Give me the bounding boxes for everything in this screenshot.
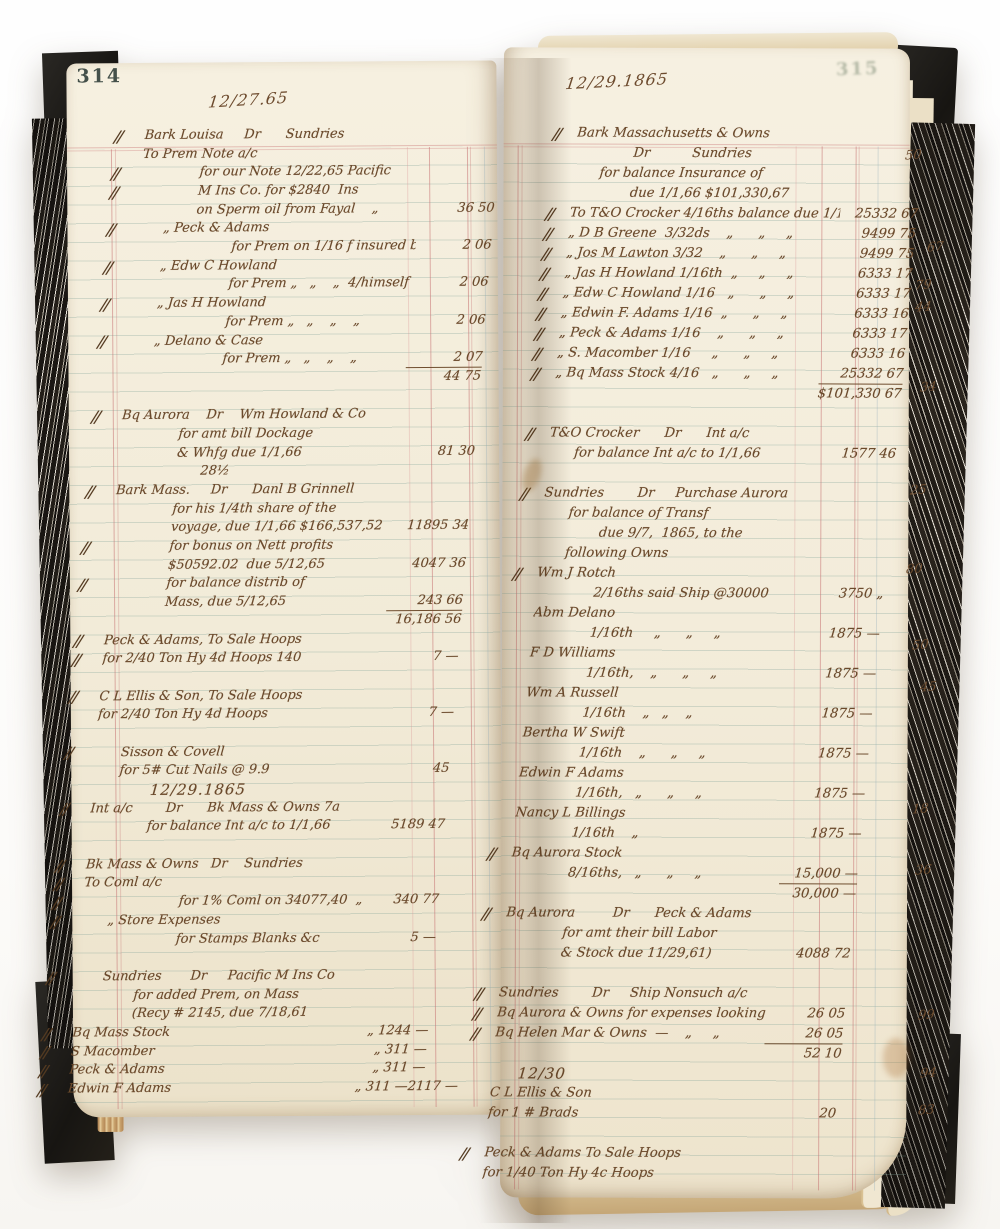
entry-text: for balance Int a/c to 1/1,66 [88,817,369,838]
entry-text: T&O Crocker Dr Int a/c [549,423,821,444]
posting-marks-icon: // [50,894,86,912]
entry-text: Edwin F Adams [67,1079,332,1100]
fore-edge-number: 79 [914,277,932,293]
entry-text: Sisson & Covell [94,742,375,763]
entry-text: „ Store Expenses [81,910,362,931]
posting-marks-icon: // [66,689,102,707]
entry-text: 1/16th, „ „ „ [516,783,788,804]
ledger-line: //To T&O Crocker 4/16ths balance due 1/1… [545,203,945,224]
posting-marks-icon: // [78,539,114,557]
entry-text: Bq Aurora Dr Peck & Adams [505,903,777,924]
entry-text: following Owns [538,543,810,564]
entry-text: 28½ [117,462,398,483]
amount: „ 1244 — [352,1022,430,1041]
ledger-line: 1/16th, „ „ „1875 — [503,663,903,684]
ledger-line: due 1/1,66 $101,330,67 [547,183,947,204]
amount: 6333 17 [828,324,908,344]
amount: 16,186 56 [385,610,463,630]
ledger-line: & Whfg due 1/1,6681 30 [88,442,509,464]
ledger-line: for Stamps Blanks &c5 — [49,928,470,950]
ledger-line: Abm Delano [509,603,909,624]
entry-text: Sundries Dr Ship Nonsuch a/c [498,983,770,1004]
entry-text: for balance Int a/c to 1/1,66 [547,443,819,464]
date-header: 12/27.65 [207,88,289,112]
fore-edge-number: 50 [904,147,922,163]
entry-text: Bk Mass & Owns Dr Sundries [85,854,366,875]
entry-text: 2/16ths said Ship @30000 [534,583,806,604]
entry-text: due 1/1,66 $101,330,67 [571,184,843,205]
entry-text: Bark Mass. Dr Danl B Grinnell [115,480,396,501]
entry-text: 1/16th „ „ „ [531,623,803,644]
ledger-line: 16,186 56 [75,610,496,632]
amount: 6333 17 [832,284,912,304]
ledger-line: Edwin F Adams [494,763,894,784]
posting-marks-icon: // [112,128,148,146]
posting-marks-icon: // [53,857,89,875]
posting-marks-icon: // [44,969,80,987]
ledger-line: //Bq Aurora Dr Peck & Adams [481,903,881,924]
entry-text: Bark Louisa Dr Sundries [144,125,425,146]
fore-edge-number: 34 [919,379,937,395]
ledger-line: //Edwin F Adams„ 311 —2117 — [37,1078,458,1100]
ledger-line: //Bq Helen Mar & Owns — „ „26 05 [470,1023,870,1044]
entry-text: for 1/40 Ton Hy 4c Hoops [482,1163,754,1184]
entry-text: Mass, due 5/12,65 [106,592,387,613]
amount: 1875 — [794,704,874,724]
entry-text: 1/16th, „ „ „ [527,663,799,684]
ledger-line: //Peck & Adams To Sale Hoops [459,1143,859,1164]
amount: „ 311 — [349,1059,427,1078]
fore-edge-number: 80 [905,561,923,577]
amount: 340 77 [362,891,440,910]
amount: 15,000 — [779,864,859,884]
amount: 6333 17 [834,264,914,284]
ledger-line: //Sundries Dr Purchase Aurora [520,483,920,504]
posting-marks-icon: // [51,876,87,894]
posting-marks-icon: // [71,632,107,650]
entry-text: for balance distrib of [108,574,389,595]
entry-text: Bertha W Swift [522,723,794,744]
entry-text: & Whfg due 1/1,66 [118,443,399,464]
ledger-line: Dr Sundries [550,143,950,164]
entry-text: Abm Delano [533,603,805,624]
entry-text: Sundries Dr Purchase Aurora [544,483,816,504]
ledger-photo: 314 12/27.65 //Bark Louisa Dr SundriesTo… [0,0,1000,1229]
entry-text: 1/16th „ „ „ [524,703,796,724]
ledger-line [527,403,927,424]
ledger-book: 314 12/27.65 //Bark Louisa Dr SundriesTo… [38,28,968,1213]
entry-text: Bq Helen Mar & Owns — „ „ [494,1023,766,1044]
ledger-line: for Prem on 1/16 f insured by them &c2 0… [105,236,526,258]
ledger-line: $50592.02 due 5/12,654047 36 [79,554,500,576]
fore-edge-number: 36 [914,862,932,878]
entry-text: „ D B Greene 3/32ds „ „ „ [567,224,839,245]
amount: 2 06 [415,237,493,256]
entry-text: 12/30 [491,1063,763,1084]
amount: 4047 36 [389,555,467,574]
entry-text: Bark Massachusetts & Owns [576,124,848,145]
amount: 9499 75 [837,224,917,244]
entry-text: C L Ellis & Son, To Sale Hoops [99,686,380,707]
ledger-line [476,963,876,984]
ledger-line: //for 1% Coml on 34077,40 „340 77 [52,891,473,913]
ledger-line: Nancy L Billings [490,803,890,824]
amount: 36 50 [418,199,496,218]
entry-text: due 9/7, 1865, to the [540,523,812,544]
posting-marks-icon: // [35,1081,71,1099]
entry-text: „ Delano & Case [127,331,408,352]
amount: 11895 34 [392,517,470,536]
entry-text: voyage, due 1/1,66 $166,537,52 [112,518,393,539]
ledger-line: F D Williams [505,643,905,664]
ledger-line: //T&O Crocker Dr Int a/c [525,423,925,444]
posting-marks-icon: // [107,184,143,202]
posting-marks-icon: // [98,296,134,314]
ledger-line: Wm A Russell [501,683,901,704]
ledger-line [521,463,921,484]
amount: 20 [757,1104,837,1124]
ledger-line: for balance Int a/c to 1/1,661577 46 [523,443,923,464]
ledger-line: //„ Edwin F. Adams 1/16 „ „ „6333 16 [536,303,936,324]
ledger-line: & Stock due 11/29,61)4088 72 [478,943,878,964]
entry-text: Bq Mass Stock [72,1023,353,1044]
ledger-line: 2/16ths said Ship @300003750 „ [510,583,910,604]
entry-text: „ Peck & Adams 1/16 „ „ „ [558,323,830,344]
posting-marks-icon: // [89,408,125,426]
posting-marks-icon: // [104,221,140,239]
entry-text: 1/16th „ [513,823,785,844]
entry-text: To Prem Note a/c [142,144,423,165]
ledger-line: 44 75 [94,367,515,389]
fore-edge-number: 25 [909,482,927,498]
ledger-line: //„ D B Greene 3/32ds „ „ „9499 75 [543,223,943,244]
date-header: 12/29.1865 [564,69,669,93]
amount: 7 — [377,704,455,723]
entry-text: „ Bq Mass Stock 4/16 „ „ „ [554,363,826,384]
amount: 6333 16 [830,304,910,324]
amount-secondary: 2117 — [407,1078,459,1097]
ledger-line: voyage, due 1/1,66 $166,537,5211895 34 [82,517,503,539]
entry-text: for Prem „ „ „ „ [129,312,410,333]
ledger-line: //Bq Aurora Stock [487,843,887,864]
entry-text: Bq Aurora & Owns for expenses looking fo… [496,1003,768,1024]
entry-text: for Prem on 1/16 f insured by them &c [135,237,416,258]
fore-edge-number: 94 [919,1065,937,1081]
amount: 243 66 [386,592,464,611]
entry-text: „ Jas H Howland 1/16th „ „ „ [564,264,836,285]
ledger-line: //Wm J Rotch [512,563,912,584]
entry-text: S Macomber [70,1041,351,1062]
entry-text: (Recy # 2145, due 7/18,61 [73,1004,354,1025]
ledger-line: for balance of Transf [518,503,918,524]
entry-text: & Stock due 11/29,61) [502,943,774,964]
ledger-line: Bertha W Swift [498,723,898,744]
entry-text: 12/29.1865 [91,779,372,800]
entry-text: To Coml a/c [84,873,365,894]
entry-text: for added Prem, on Mass [75,985,356,1006]
entry-text: for 1 # Brads [487,1103,759,1124]
ledger-line: 30,000 — [483,883,883,904]
ledger-line: for 1/40 Ton Hy 4c Hoops [458,1163,858,1184]
amount: 5 — [359,928,437,947]
amount: 2 07 [406,349,484,368]
amount: 30,000 — [777,883,857,904]
ledger-line: $101,330 67 [529,383,929,404]
entry-text: for 2/40 Ton Hy 4d Hoops 140 [102,649,383,670]
amount: 1577 46 [817,444,897,464]
left-page: 314 12/27.65 //Bark Louisa Dr SundriesTo… [66,61,503,1118]
entry-text: for his 1/4th share of the [114,499,395,520]
ledger-line: //„ S. Macomber 1/16 „ „ „6333 16 [532,343,932,364]
amount: 2 06 [409,311,487,330]
right-page: 315 12/29.1865 //Bark Massachusetts & Ow… [500,47,910,1198]
posting-marks-icon: // [95,333,131,351]
entry-text: F D Williams [529,643,801,664]
amount: 5189 47 [368,816,446,835]
amount: 81 30 [398,442,476,461]
ledger-line: for Prem „ „ „ „2 06 [99,311,520,333]
entry-text: Sundries Dr Pacific M Ins Co [76,966,357,987]
amount: 6333 16 [826,344,906,364]
amount: 2 06 [412,274,490,293]
ledger-line: //„ Peck & Adams 1/16 „ „ „6333 17 [534,323,934,344]
ledger-line: for 2/40 Ton Hy 4d Hoops7 — [67,704,488,726]
ledger-line: 1/16th „ „ „1875 — [496,743,896,764]
fore-edge-number: 99 [917,1007,935,1023]
posting-marks-icon: // [57,801,93,819]
entry-text: Dr Sundries [574,144,846,165]
amount: 1875 — [783,824,863,844]
entry-text: 8/16ths, „ „ „ [509,863,781,884]
ledger-line: 1/16th „ „ „1875 — [500,703,900,724]
ledger-line: for balance Int a/c to 1/1,665189 47 [58,816,479,838]
ledger-line: 52 10 [469,1043,869,1064]
ledger-line: //„ Bq Mass Stock 4/16 „ „ „25332 67 [530,363,930,384]
amount: 9499 75 [835,244,915,264]
posting-marks-icon: // [36,1063,72,1081]
amount: 44 75 [404,367,482,387]
entry-text: „ Edw C Howland [133,256,414,277]
posting-marks-icon: // [83,483,119,501]
amount: 7 — [382,648,460,667]
entry-text: Wm J Rotch [536,563,808,584]
entry-text: for our Note 12/22,65 Pacific [141,162,422,183]
left-page-entries: //Bark Louisa Dr SundriesTo Prem Note a/… [37,124,535,1099]
entry-text: for balance of Transf [542,503,814,524]
entry-text: Edwin F Adams [518,763,790,784]
page-number: 314 [76,65,122,87]
ledger-line: for balance Insurance of [549,163,949,184]
entry-text: for balance Insurance of [573,164,845,185]
ledger-line [461,1123,861,1144]
entry-text: C L Ellis & Son [489,1083,761,1104]
entry-text: „ S. Macomber 1/16 „ „ „ [556,343,828,364]
entry-text: for 1% Coml on 34077,40 „ [82,892,363,913]
entry-text: „ Peck & Adams [136,218,417,239]
amount: 4088 72 [772,944,852,964]
posting-marks-icon: // [109,165,145,183]
posting-marks-icon: // [48,913,84,931]
amount: 26 05 [764,1024,844,1044]
posting-marks-icon: // [69,651,105,669]
amount: 25332 67 [824,364,904,384]
entry-text: Peck & Adams To Sale Hoops [483,1143,755,1164]
entry-text: for Prem „ „ „ „ [126,349,407,370]
entry-text: Wm A Russell [525,683,797,704]
fore-edge-number: 18 [911,801,929,817]
posting-marks-icon: // [62,745,98,763]
entry-text: Peck & Adams [69,1060,350,1081]
entry-text: for 5# Cut Nails @ 9.9 [93,761,374,782]
entry-text: $50592.02 due 5/12,65 [109,555,390,576]
amount: 26 05 [766,1004,846,1024]
amount: „ 311 — [350,1041,428,1060]
posting-marks-icon: // [38,1044,74,1062]
entry-text: „ Jas H Howland [130,293,411,314]
ledger-line: 12/30 [467,1063,867,1084]
amount: $101,330 67 [817,383,903,404]
posting-marks-icon: // [101,259,137,277]
ledger-line: for 1 # Brads20 [463,1103,863,1124]
amount: 3750 „ [804,584,884,604]
fore-edge-number: 67 [926,239,944,255]
ledger-line: //„ Edw C Howland 1/16 „ „ „6333 17 [538,283,938,304]
entry-text: for Prem „ „ „ 4/himself [132,275,413,296]
amount: „ 311 — [331,1078,409,1097]
amount: 1875 — [790,744,870,764]
fore-edge-number: 50 [911,637,929,653]
posting-marks-icon: // [39,1025,75,1043]
entry-text: for amt their bill Labor [504,923,776,944]
entry-text: for Stamps Blanks &c [79,929,360,950]
entry-text: „ Edwin F. Adams 1/16 „ „ „ [560,303,832,324]
entry-text: Int a/c Dr Bk Mass & Owns 7a [90,798,371,819]
entry-text: M Ins Co. for $2840 Ins [139,181,420,202]
entry-text: Bq Aurora Stock [511,843,783,864]
ledger-line: due 9/7, 1865, to the [516,523,916,544]
amount: 1875 — [786,784,866,804]
ledger-line: //for 2/40 Ton Hy 4d Hoops 1407 — [72,648,493,670]
page-number-faint: 315 [836,58,880,80]
entry-text: for amt bill Dockage [120,424,401,445]
entry-text: „ Edw C Howland 1/16 „ „ „ [562,284,834,305]
amount: 1875 — [801,624,881,644]
ledger-line: 8/16ths, „ „ „15,000 — [485,863,885,884]
ledger-line: //Bq Aurora & Owns for expenses looking … [472,1003,872,1024]
entry-text: on Sperm oil from Fayal „ [138,200,419,221]
fore-edge-number: 44 [914,299,932,315]
entry-text: 1/16th „ „ „ [520,743,792,764]
ledger-line: 1/16th „1875 — [489,823,889,844]
entry-text: „ Jos M Lawton 3/32 „ „ „ [565,244,837,265]
ledger-line: for amt their bill Labor [480,923,880,944]
amount: 1875 — [797,664,877,684]
entry-text: Nancy L Billings [514,803,786,824]
ledger-line: for Prem „ „ „ 4/himself2 06 [102,274,523,296]
entry-text: Bq Aurora Dr Wm Howland & Co [121,405,402,426]
ledger-line: //Sundries Dr Ship Nonsuch a/c [474,983,874,1004]
ledger-line: C L Ellis & Son [465,1083,865,1104]
ledger-line: //„ Jos M Lawton 3/32 „ „ „9499 75 [541,243,941,264]
ledger-line: //Bark Massachusetts & Owns [552,123,952,144]
ledger-line: //„ Jas H Howland 1/16th „ „ „6333 17 [540,263,940,284]
ledger-line: following Owns [514,543,914,564]
fore-edge-number: 45 [919,679,937,695]
amount: 25332 67 [839,204,919,224]
amount: 45 [373,760,451,779]
ledger-line: on Sperm oil from Fayal „36 50 [108,199,529,221]
amount: 52 10 [763,1043,843,1064]
entry-text: for 2/40 Ton Hy 4d Hoops [97,705,378,726]
ledger-line: 1/16th „ „ „1875 — [507,623,907,644]
entry-text: for bonus on Nett profits [111,536,392,557]
ledger-line: for 5# Cut Nails @ 9.945 [63,760,484,782]
ink-stain [883,1038,909,1078]
ledger-line: 1/16th, „ „ „1875 — [492,783,892,804]
entry-text: Peck & Adams, To Sale Hoops [103,630,384,651]
entry-text: To T&O Crocker 4/16ths balance due 1/1,6… [569,204,841,225]
posting-marks-icon: // [75,576,111,594]
fore-edge-number: 83 [917,1102,935,1118]
